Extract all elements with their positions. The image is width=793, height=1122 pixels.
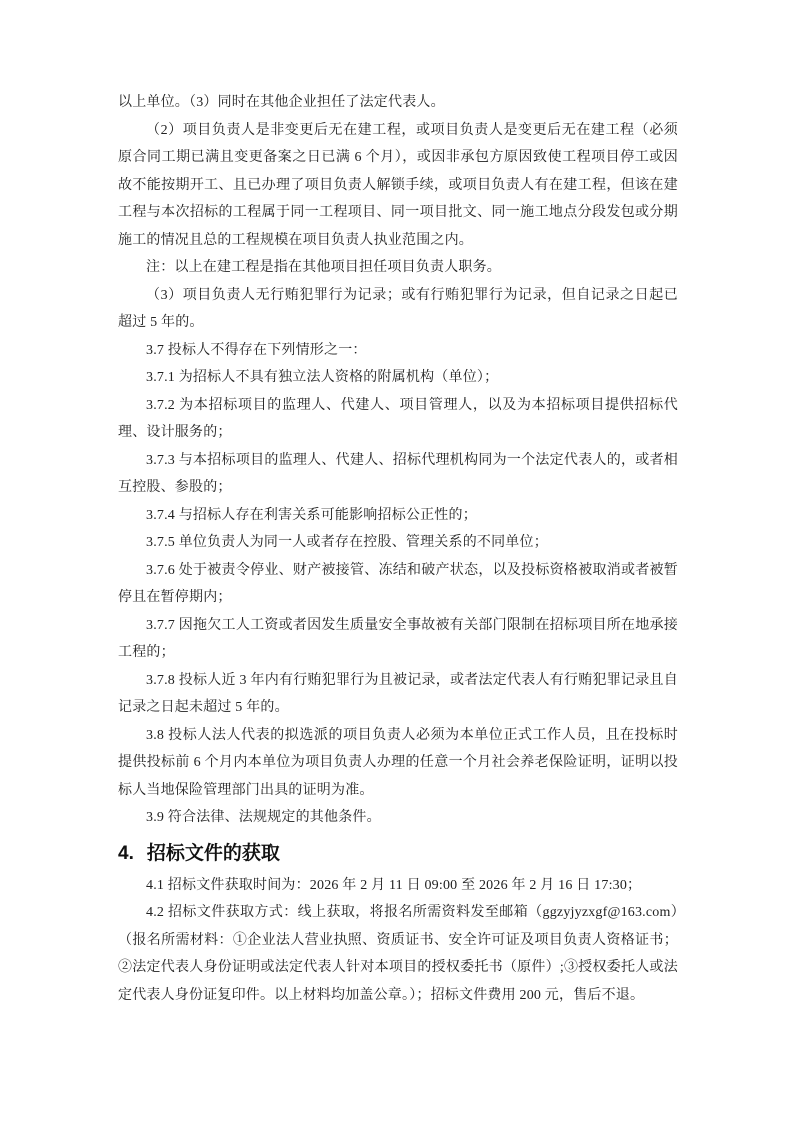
document-body: 以上单位。（3）同时在其他企业担任了法定代表人。（2）项目负责人是非变更后无在建… (118, 89, 678, 1009)
paragraph: 3.7.2 为本招标项目的监理人、代建人、项目管理人，以及为本招标项目提供招标代… (118, 392, 678, 447)
paragraph: 4.2 招标文件获取方式：线上获取，将报名所需资料发至邮箱（ggzyjyzxgf… (118, 899, 678, 1009)
paragraph: 注：以上在建工程是指在其他项目担任项目负责人职务。 (118, 254, 678, 282)
paragraph: 4.1 招标文件获取时间为：2026 年 2 月 11 日 09:00 至 20… (118, 872, 678, 900)
paragraph: 3.7.5 单位负责人为同一人或者存在控股、管理关系的不同单位； (118, 529, 678, 557)
paragraph: 3.7.4 与招标人存在利害关系可能影响招标公正性的； (118, 502, 678, 530)
paragraph: 3.8 投标人法人代表的拟选派的项目负责人必须为本单位正式工作人员，且在投标时提… (118, 722, 678, 805)
paragraph: 3.7.8 投标人近 3 年内有行贿犯罪行为且被记录，或者法定代表人有行贿犯罪记… (118, 667, 678, 722)
paragraph: 3.7.6 处于被责令停业、财产被接管、冻结和破产状态，以及投标资格被取消或者被… (118, 557, 678, 612)
section-heading: 4.招标文件的获取 (118, 838, 678, 869)
paragraph: 3.9 符合法律、法规规定的其他条件。 (118, 804, 678, 832)
document-page: 以上单位。（3）同时在其他企业担任了法定代表人。（2）项目负责人是非变更后无在建… (0, 0, 793, 1122)
paragraph: 3.7.7 因拖欠工人工资或者因发生质量安全事故被有关部门限制在招标项目所在地承… (118, 612, 678, 667)
paragraph: （2）项目负责人是非变更后无在建工程，或项目负责人是变更后无在建工程（必须原合同… (118, 117, 678, 255)
paragraph: 3.7 投标人不得存在下列情形之一： (118, 337, 678, 365)
paragraph: 3.7.1 为招标人不具有独立法人资格的附属机构（单位）； (118, 364, 678, 392)
paragraph: （3）项目负责人无行贿犯罪行为记录；或有行贿犯罪行为记录，但自记录之日起已超过 … (118, 282, 678, 337)
section-number: 4. (118, 838, 134, 869)
section-title: 招标文件的获取 (147, 843, 280, 864)
paragraph: 以上单位。（3）同时在其他企业担任了法定代表人。 (118, 89, 678, 117)
paragraph: 3.7.3 与本招标项目的监理人、代建人、招标代理机构同为一个法定代表人的，或者… (118, 447, 678, 502)
